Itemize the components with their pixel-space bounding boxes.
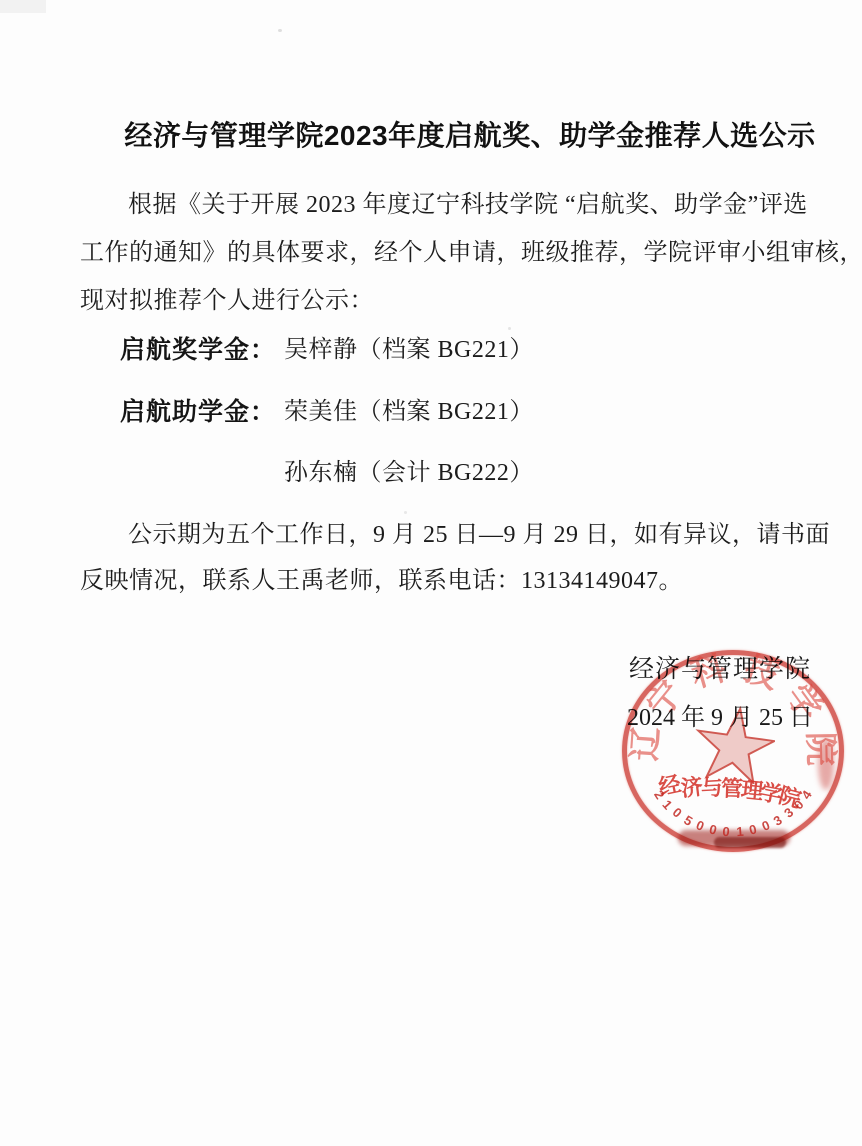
seal-serial-digit: 3 — [778, 803, 799, 824]
award-name-grant-2: 孙东楠（会计 BG222） — [284, 457, 534, 489]
seal-inner-char: 院 — [774, 782, 806, 814]
award-name-grant-1: 荣美佳（档案 BG221） — [284, 396, 534, 428]
closing-line: 公示期为五个工作日，9 月 25 日—9 月 29 日，如有异议，请书面 — [80, 512, 822, 558]
seal-inner-char: 与 — [698, 774, 725, 801]
intro-line: 根据《关于开展 2023 年度辽宁科技学院 “启航奖、助学金”评选 — [80, 181, 820, 229]
scan-artifact — [508, 327, 511, 330]
seal-ink-smudge — [678, 830, 790, 846]
scan-artifact — [278, 29, 282, 32]
seal-serial-digit: 0 — [667, 803, 688, 824]
award-label-scholarship: 启航奖学金： — [120, 334, 276, 366]
award-label-grant: 启航助学金： — [120, 396, 276, 428]
seal-serial-digit: 0 — [756, 816, 775, 836]
document-page: 经济与管理学院2023年度启航奖、助学金推荐人选公示 根据《关于开展 2023 … — [0, 0, 862, 1146]
seal-serial-digit: 1 — [732, 823, 747, 840]
closing-paragraph: 公示期为五个工作日，9 月 25 日—9 月 29 日，如有异议，请书面 反映情… — [80, 512, 822, 604]
page-title: 经济与管理学院2023年度启航奖、助学金推荐人选公示 — [100, 119, 840, 153]
intro-paragraph: 根据《关于开展 2023 年度辽宁科技学院 “启航奖、助学金”评选 工作的通知》… — [80, 181, 820, 325]
intro-line: 工作的通知》的具体要求，经个人申请，班级推荐，学院评审小组审核， — [80, 229, 820, 277]
seal-serial-digit: 1 — [657, 794, 678, 815]
scan-artifact — [0, 0, 46, 13]
signature-name: 经济与管理学院 — [570, 655, 862, 685]
seal-ink-smudge — [714, 837, 786, 848]
award-row-grant: 启航助学金： 荣美佳（档案 BG221） — [0, 396, 862, 428]
seal-serial-digit: 0 — [788, 794, 809, 815]
seal-serial-digit: 0 — [704, 820, 721, 839]
seal-serial-digit: 5 — [678, 810, 698, 831]
seal-serial-digit: 3 — [768, 810, 788, 831]
award-row-scholarship: 启航奖学金： 吴梓静（档案 BG221） — [0, 334, 862, 366]
award-row-grant-2: 孙东楠（会计 BG222） — [0, 457, 862, 489]
seal-inner-char: 管 — [719, 776, 746, 803]
award-name-scholarship: 吴梓静（档案 BG221） — [284, 334, 534, 366]
seal-inner-char: 济 — [678, 774, 707, 803]
seal-serial-digit: 0 — [744, 820, 761, 839]
intro-line: 现对拟推荐个人进行公示： — [80, 277, 820, 325]
seal-serial-digit: 4 — [796, 784, 817, 804]
closing-line: 反映情况，联系人王禹老师，联系电话：13134149047。 — [80, 558, 822, 604]
seal-ink-blotch — [818, 738, 834, 790]
seal-serial-digit: 0 — [719, 823, 734, 840]
seal-serial-digit: 2 — [649, 784, 670, 804]
seal-inner-char: 经 — [655, 771, 686, 802]
seal-inner-char: 学 — [756, 779, 786, 809]
signature-date: 2024 年 9 月 25 日 — [570, 703, 862, 733]
seal-serial-digit: 0 — [691, 816, 710, 836]
signature-block: 经济与管理学院 2024 年 9 月 25 日 — [570, 655, 862, 733]
seal-inner-char: 理 — [738, 777, 767, 806]
seal-ring-char: 院 — [800, 729, 839, 768]
